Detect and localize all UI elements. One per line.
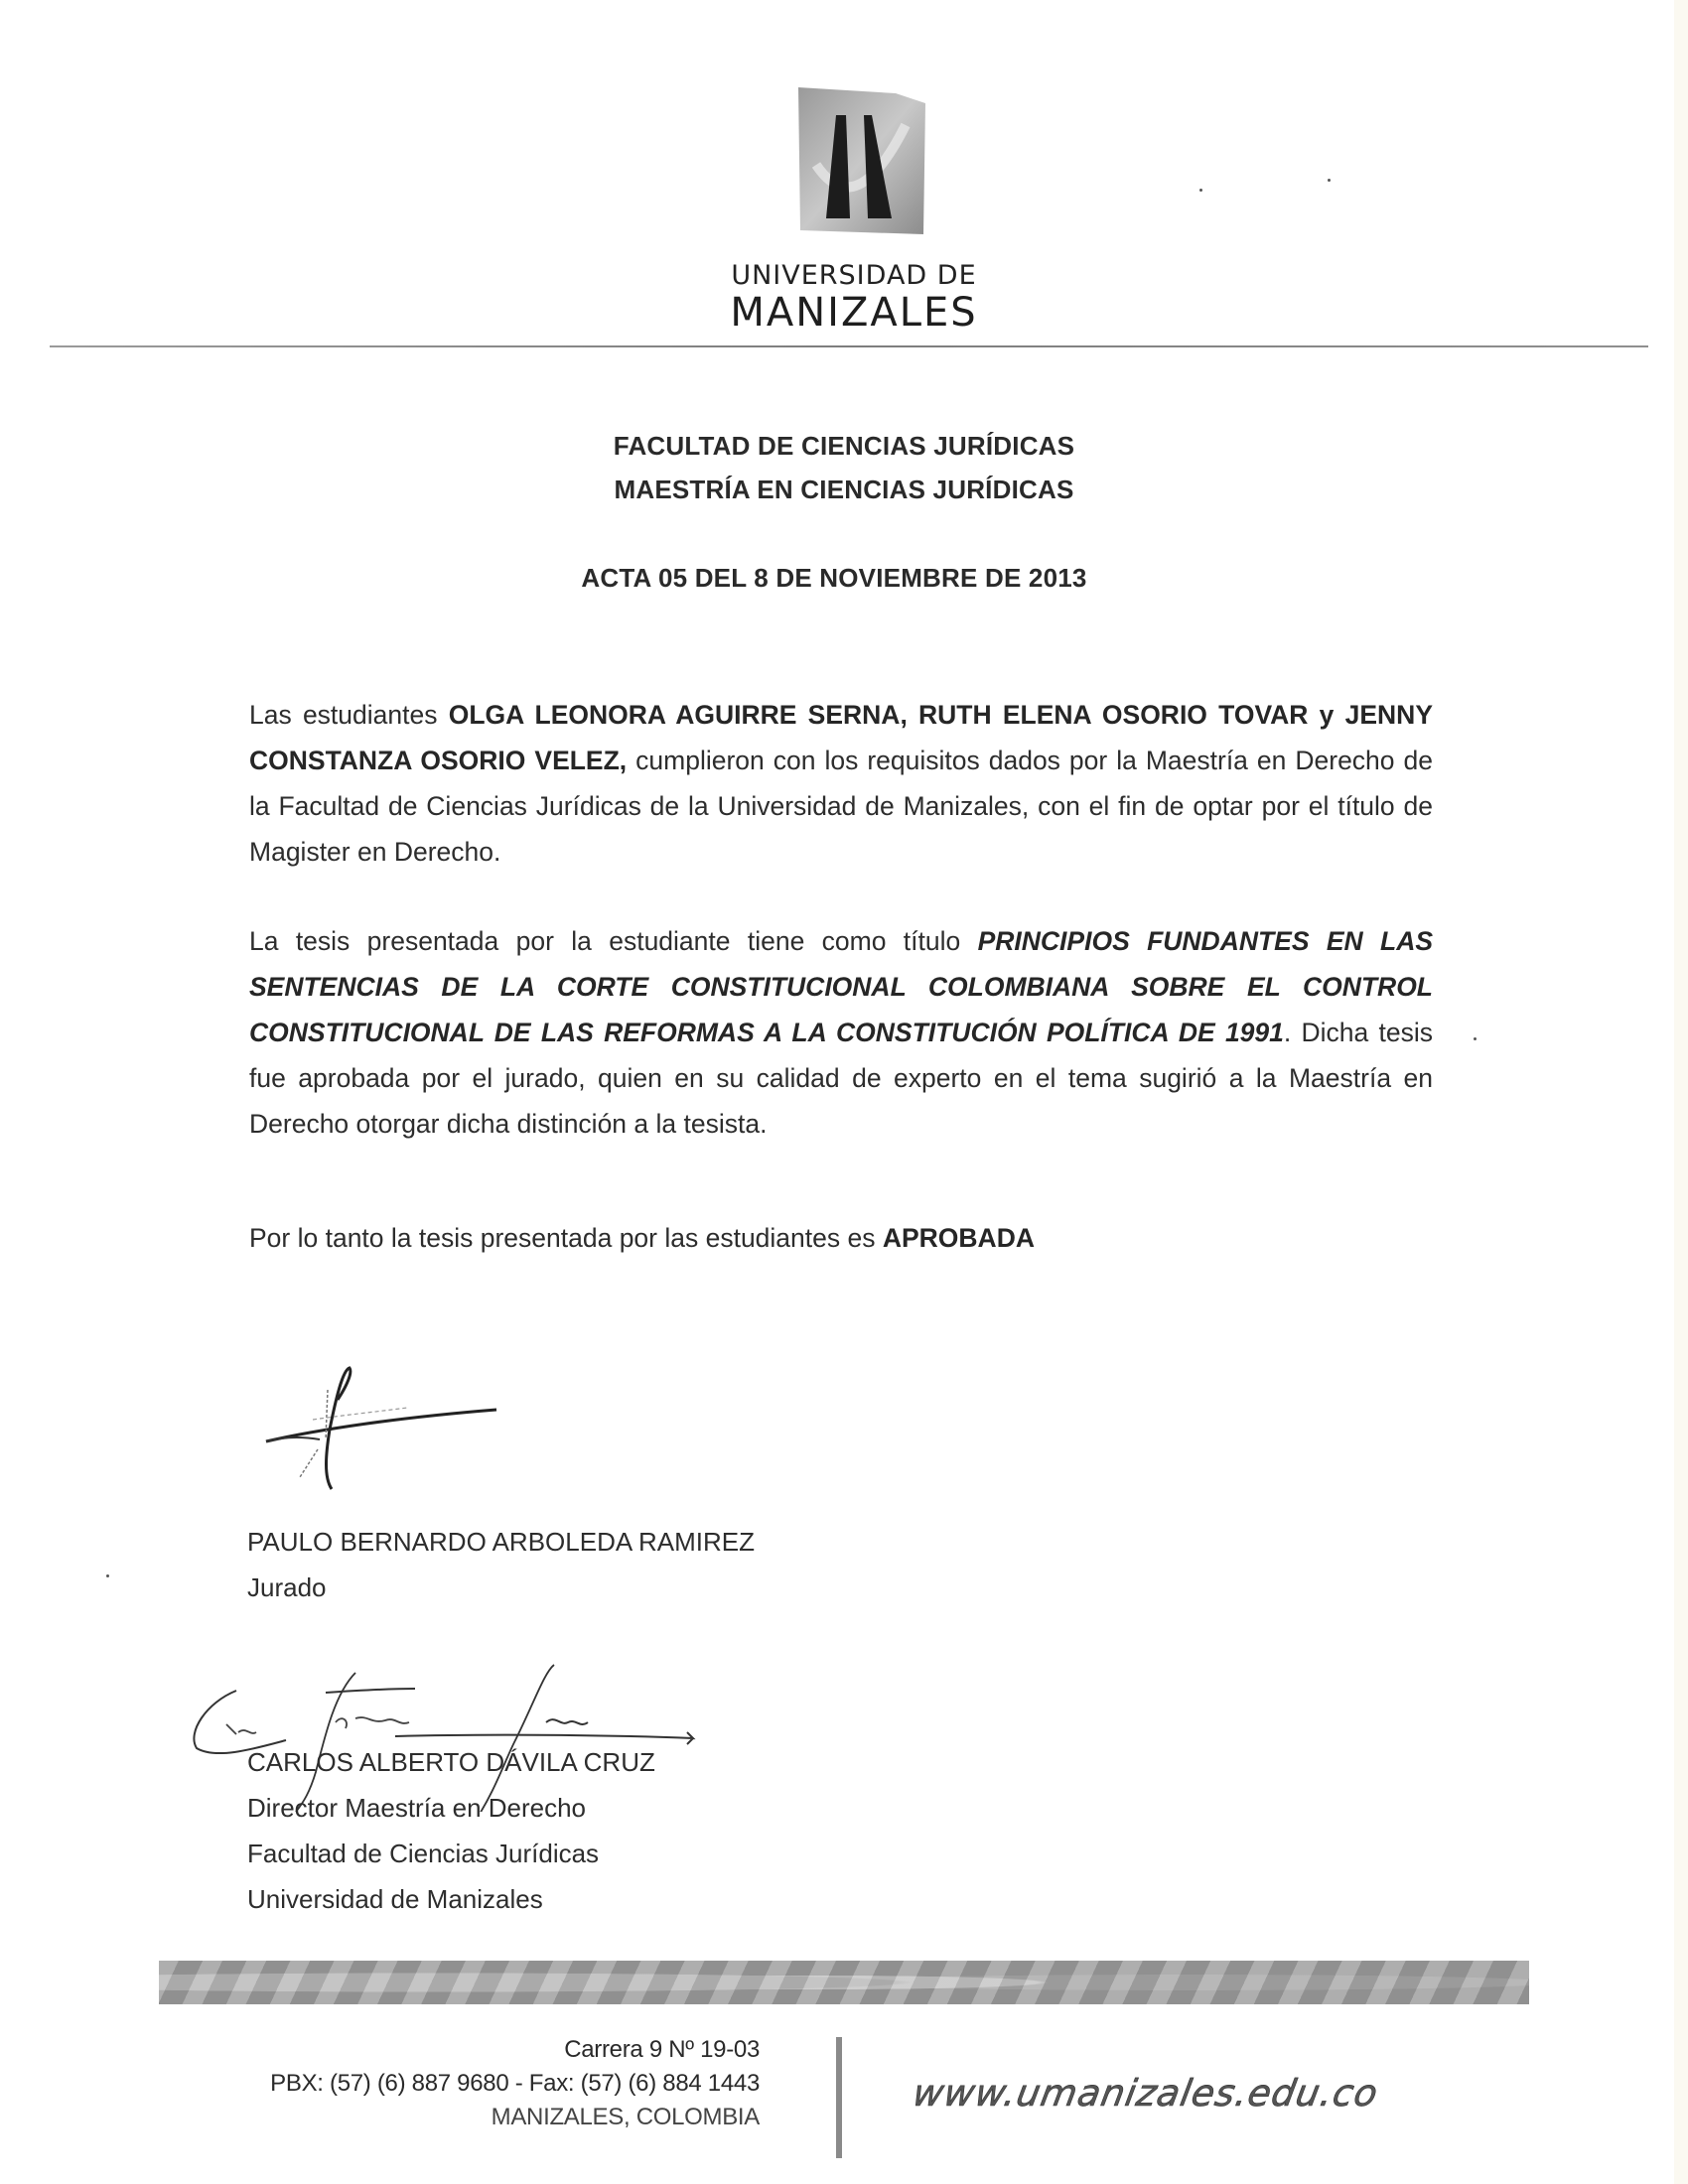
scan-edge-shade <box>1674 0 1688 2184</box>
thesis-paragraph: La tesis presentada por la estudiante ti… <box>249 918 1433 1147</box>
scan-speck <box>1328 179 1331 182</box>
jurado-name: PAULO BERNARDO ARBOLEDA RAMIREZ <box>247 1519 755 1565</box>
program-heading: MAESTRÍA EN CIENCIAS JURÍDICAS <box>397 475 1291 505</box>
scan-speck <box>1474 1037 1477 1040</box>
director-name: CARLOS ALBERTO DÁVILA CRUZ <box>247 1739 655 1785</box>
footer-website-link[interactable]: www.umanizales.edu.co <box>910 2072 1513 2115</box>
acta-heading: ACTA 05 DEL 8 DE NOVIEMBRE DE 2013 <box>387 563 1281 594</box>
jurado-role: Jurado <box>247 1565 755 1610</box>
jurado-signature-icon <box>258 1360 516 1499</box>
director-institution: Universidad de Manizales <box>247 1876 655 1922</box>
p2-intro: La tesis presentada por la estudiante ti… <box>249 926 978 956</box>
director-faculty: Facultad de Ciencias Jurídicas <box>247 1831 655 1876</box>
faculty-heading: FACULTAD DE CIENCIAS JURÍDICAS <box>397 431 1291 462</box>
university-name-line2: MANIZALES <box>645 290 1062 336</box>
students-paragraph: Las estudiantes OLGA LEONORA AGUIRRE SER… <box>249 692 1433 875</box>
jurado-block: PAULO BERNARDO ARBOLEDA RAMIREZ Jurado <box>247 1519 755 1610</box>
footer-city: MANIZALES, COLOMBIA <box>149 2101 760 2134</box>
university-logo-icon <box>796 85 927 236</box>
verdict-paragraph: Por lo tanto la tesis presentada por las… <box>249 1215 1433 1261</box>
director-role: Director Maestría en Derecho <box>247 1785 655 1831</box>
university-name-line1: UNIVERSIDAD DE <box>645 260 1062 291</box>
p3-text: Por lo tanto la tesis presentada por las… <box>249 1223 883 1253</box>
footer-phones: PBX: (57) (6) 887 9680 - Fax: (57) (6) 8… <box>149 2067 760 2101</box>
document-page: UNIVERSIDAD DE MANIZALES FACULTAD DE CIE… <box>0 0 1688 2184</box>
scan-speck <box>1199 189 1202 192</box>
p1-intro: Las estudiantes <box>249 700 449 730</box>
header-divider <box>50 345 1648 347</box>
footer-photo-banner <box>159 1961 1529 2004</box>
verdict: APROBADA <box>883 1223 1035 1253</box>
scan-speck <box>106 1574 109 1577</box>
director-block: CARLOS ALBERTO DÁVILA CRUZ Director Maes… <box>247 1739 655 1922</box>
footer-address: Carrera 9 Nº 19-03 <box>149 2033 760 2067</box>
footer-divider <box>836 2037 842 2158</box>
